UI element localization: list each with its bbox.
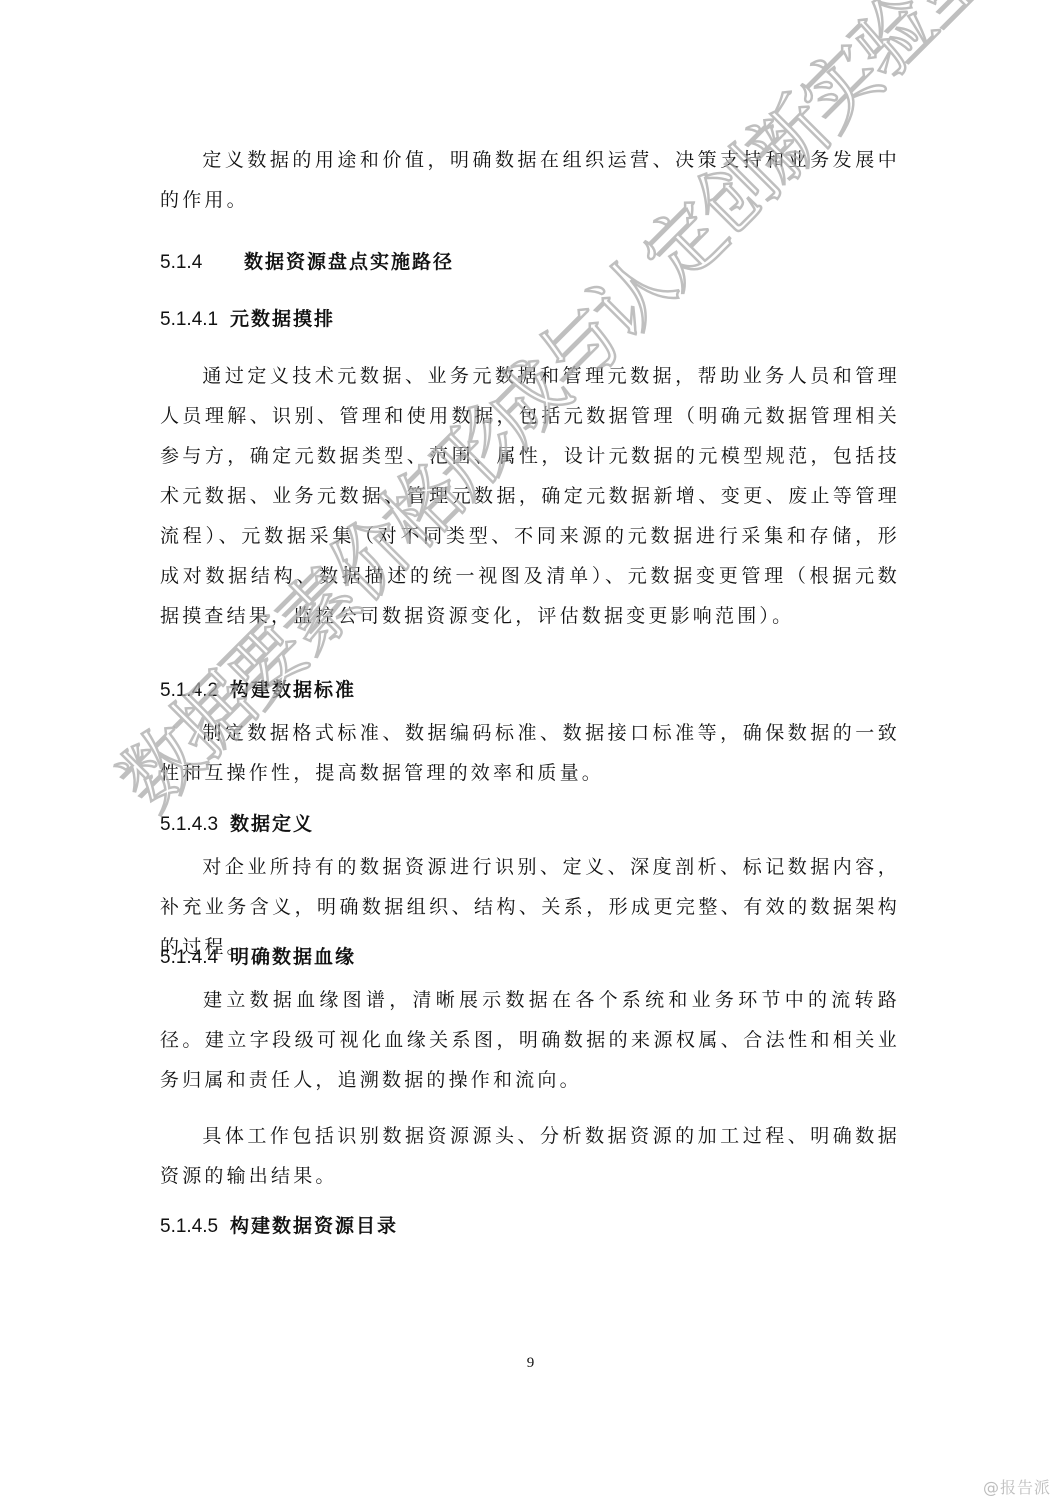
paragraph-text: 建立数据血缘图谱，清晰展示数据在各个系统和业务环节中的流转路径。建立字段级可视化… bbox=[160, 989, 900, 1091]
heading-5-1-4-4: 5.1.4.4明确数据血缘 bbox=[160, 943, 356, 972]
heading-number: 5.1.4.1 bbox=[160, 306, 230, 334]
heading-5-1-4-2: 5.1.4.2构建数据标准 bbox=[160, 676, 356, 705]
heading-number: 5.1.4.5 bbox=[160, 1213, 230, 1241]
paragraph-text: 具体工作包括识别数据资源源头、分析数据资源的加工过程、明确数据资源的输出结果。 bbox=[160, 1125, 900, 1187]
heading-number: 5.1.4.2 bbox=[160, 677, 230, 705]
brand-watermark: @报告派 bbox=[983, 1475, 1051, 1498]
heading-title: 明确数据血缘 bbox=[230, 946, 356, 968]
heading-number: 5.1.4.4 bbox=[160, 944, 230, 972]
heading-5-1-4-3: 5.1.4.3数据定义 bbox=[160, 810, 314, 839]
heading-title: 构建数据标准 bbox=[230, 679, 356, 701]
paragraph-data-standards: 制定数据格式标准、数据编码标准、数据接口标准等，确保数据的一致性和互操作性，提高… bbox=[160, 713, 900, 793]
heading-number: 5.1.4 bbox=[160, 249, 244, 277]
heading-5-1-4-1: 5.1.4.1元数据摸排 bbox=[160, 305, 335, 334]
paragraph-text: 制定数据格式标准、数据编码标准、数据接口标准等，确保数据的一致性和互操作性，提高… bbox=[160, 722, 900, 784]
paragraph-text: 定义数据的用途和价值，明确数据在组织运营、决策支持和业务发展中的作用。 bbox=[160, 149, 900, 211]
paragraph-metadata-survey: 通过定义技术元数据、业务元数据和管理元数据，帮助业务人员和管理人员理解、识别、管… bbox=[160, 356, 900, 636]
heading-5-1-4-5: 5.1.4.5构建数据资源目录 bbox=[160, 1212, 398, 1241]
document-page: 定义数据的用途和价值，明确数据在组织运营、决策支持和业务发展中的作用。 5.1.… bbox=[0, 0, 1061, 1500]
paragraph-data-purpose: 定义数据的用途和价值，明确数据在组织运营、决策支持和业务发展中的作用。 bbox=[160, 140, 900, 220]
paragraph-text: 通过定义技术元数据、业务元数据和管理元数据，帮助业务人员和管理人员理解、识别、管… bbox=[160, 365, 900, 627]
heading-title: 元数据摸排 bbox=[230, 308, 335, 330]
page-number: 9 bbox=[0, 1355, 1061, 1372]
heading-number: 5.1.4.3 bbox=[160, 811, 230, 839]
heading-title: 数据资源盘点实施路径 bbox=[244, 251, 454, 273]
paragraph-specific-work: 具体工作包括识别数据资源源头、分析数据资源的加工过程、明确数据资源的输出结果。 bbox=[160, 1116, 900, 1196]
heading-title: 构建数据资源目录 bbox=[230, 1215, 398, 1237]
paragraph-data-lineage: 建立数据血缘图谱，清晰展示数据在各个系统和业务环节中的流转路径。建立字段级可视化… bbox=[160, 980, 900, 1100]
heading-title: 数据定义 bbox=[230, 813, 314, 835]
heading-5-1-4: 5.1.4数据资源盘点实施路径 bbox=[160, 248, 454, 277]
